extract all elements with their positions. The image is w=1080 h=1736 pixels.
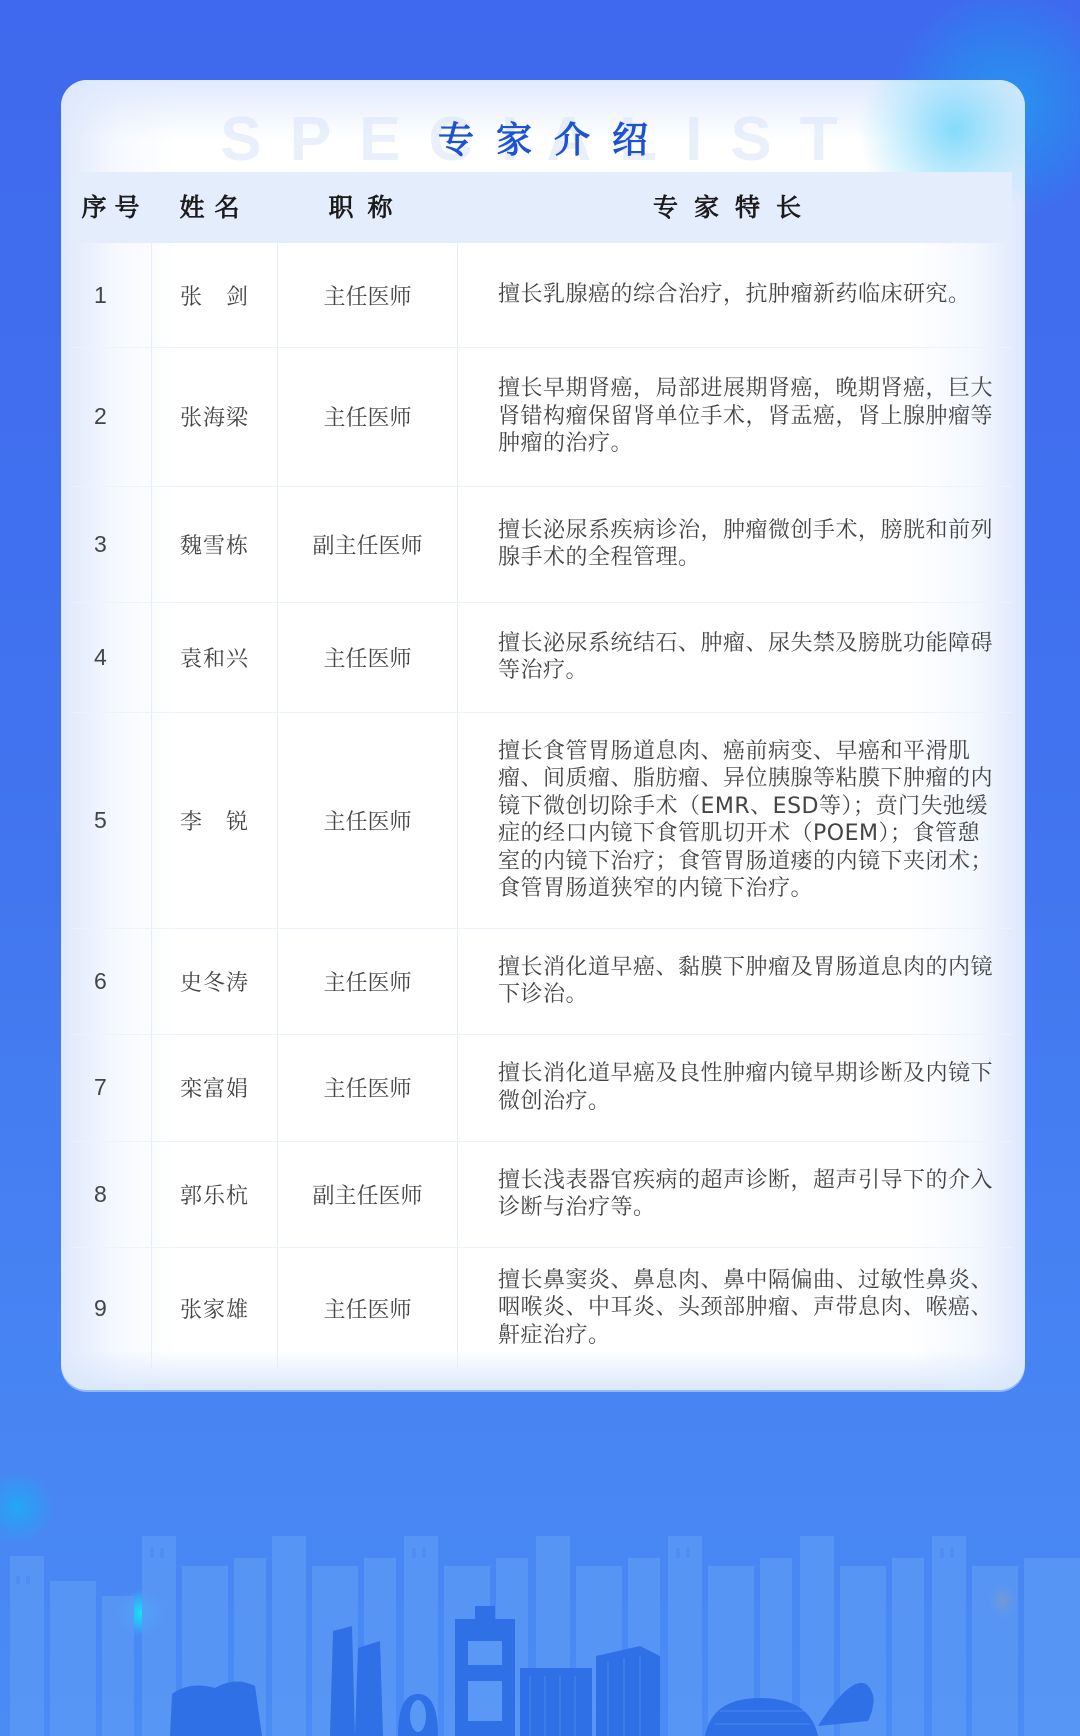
doctor-title: 副主任医师 <box>278 1141 457 1247</box>
doctor-name: 魏雪栋 <box>152 486 277 602</box>
doctor-title: 主任医师 <box>278 347 457 486</box>
doctor-specialty: 擅长消化道早癌、黏膜下肿瘤及胃肠道息肉的内镜下诊治。 <box>458 928 1012 1034</box>
table-row: 3 魏雪栋 副主任医师 擅长泌尿系疾病诊治，肿瘤微创手术，膀胱和前列腺手术的全程… <box>72 486 1012 603</box>
doctor-specialty: 擅长泌尿系疾病诊治，肿瘤微创手术，膀胱和前列腺手术的全程管理。 <box>458 486 1012 602</box>
table-row: 9 张家雄 主任医师 擅长鼻窦炎、鼻息肉、鼻中隔偏曲、过敏性鼻炎、咽喉炎、中耳炎… <box>72 1247 1012 1369</box>
doctor-title: 副主任医师 <box>278 486 457 602</box>
doctor-name: 张 剑 <box>152 243 277 347</box>
doctor-specialty: 擅长乳腺癌的综合治疗，抗肿瘤新药临床研究。 <box>458 243 1012 347</box>
column-header-title: 职称 <box>278 172 457 243</box>
column-header-number: 序号 <box>72 172 151 243</box>
row-number: 2 <box>72 347 151 486</box>
row-number: 5 <box>72 712 151 928</box>
doctor-specialty: 擅长消化道早癌及良性肿瘤内镜早期诊断及内镜下微创治疗。 <box>458 1034 1012 1141</box>
title-area: SPECIALIST 专家介绍 <box>61 100 1025 170</box>
row-number: 8 <box>72 1141 151 1247</box>
row-number: 4 <box>72 602 151 712</box>
column-header-name: 姓名 <box>152 172 277 243</box>
doctor-title: 主任医师 <box>278 1247 457 1369</box>
doctor-title: 主任医师 <box>278 243 457 347</box>
doctor-name: 史冬涛 <box>152 928 277 1034</box>
table-row: 7 栾富娟 主任医师 擅长消化道早癌及良性肿瘤内镜早期诊断及内镜下微创治疗。 <box>72 1034 1012 1142</box>
doctor-name: 郭乐杭 <box>152 1141 277 1247</box>
specialist-card: SPECIALIST 专家介绍 序号 姓名 职称 专家特长 1 张 剑 主任医师… <box>61 80 1025 1390</box>
doctor-name: 张家雄 <box>152 1247 277 1369</box>
table-row: 8 郭乐杭 副主任医师 擅长浅表器官疾病的超声诊断，超声引导下的介入诊断与治疗等… <box>72 1141 1012 1248</box>
table-row: 5 李 锐 主任医师 擅长食管胃肠道息肉、癌前病变、早癌和平滑肌瘤、间质瘤、脂肪… <box>72 712 1012 929</box>
row-number: 9 <box>72 1247 151 1369</box>
table-row: 4 袁和兴 主任医师 擅长泌尿系统结石、肿瘤、尿失禁及膀胱功能障碍等治疗。 <box>72 602 1012 713</box>
table-row: 2 张海梁 主任医师 擅长早期肾癌，局部进展期肾癌，晚期肾癌，巨大肾错构瘤保留肾… <box>72 347 1012 487</box>
doctor-name: 李 锐 <box>152 712 277 928</box>
doctor-title: 主任医师 <box>278 928 457 1034</box>
city-skyline-icon <box>0 1436 1080 1736</box>
page-title: 专家介绍 <box>61 112 1025 163</box>
doctor-name: 栾富娟 <box>152 1034 277 1141</box>
table-row: 1 张 剑 主任医师 擅长乳腺癌的综合治疗，抗肿瘤新药临床研究。 <box>72 243 1012 348</box>
row-number: 1 <box>72 243 151 347</box>
row-number: 3 <box>72 486 151 602</box>
doctor-specialty: 擅长鼻窦炎、鼻息肉、鼻中隔偏曲、过敏性鼻炎、咽喉炎、中耳炎、头颈部肿瘤、声带息肉… <box>458 1247 1012 1369</box>
doctor-title: 主任医师 <box>278 602 457 712</box>
doctor-name: 张海梁 <box>152 347 277 486</box>
doctor-name: 袁和兴 <box>152 602 277 712</box>
doctor-title: 主任医师 <box>278 1034 457 1141</box>
doctor-specialty: 擅长早期肾癌，局部进展期肾癌，晚期肾癌，巨大肾错构瘤保留肾单位手术，肾盂癌，肾上… <box>458 347 1012 486</box>
doctor-specialty: 擅长泌尿系统结石、肿瘤、尿失禁及膀胱功能障碍等治疗。 <box>458 602 1012 712</box>
row-number: 7 <box>72 1034 151 1141</box>
table-row: 6 史冬涛 主任医师 擅长消化道早癌、黏膜下肿瘤及胃肠道息肉的内镜下诊治。 <box>72 928 1012 1035</box>
row-number: 6 <box>72 928 151 1034</box>
column-header-specialty: 专家特长 <box>458 172 1012 243</box>
doctor-specialty: 擅长食管胃肠道息肉、癌前病变、早癌和平滑肌瘤、间质瘤、脂肪瘤、异位胰腺等粘膜下肿… <box>458 712 1012 928</box>
doctor-title: 主任医师 <box>278 712 457 928</box>
table-header: 序号 姓名 职称 专家特长 <box>72 172 1012 243</box>
doctor-specialty: 擅长浅表器官疾病的超声诊断，超声引导下的介入诊断与治疗等。 <box>458 1141 1012 1247</box>
